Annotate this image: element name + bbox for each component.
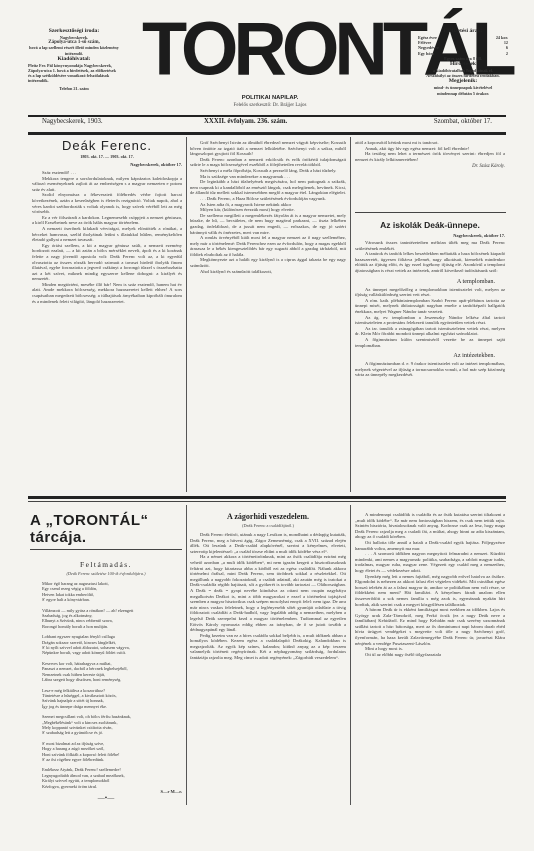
- poem-stanza: Villámzott — mily gyász a rónákon! — ah!…: [42, 608, 182, 630]
- newspaper-logo: TORONTÁL: [142, 7, 394, 91]
- publisher-heading: Kiadóhivatal:: [28, 56, 120, 63]
- dateline-top-rule: [28, 115, 506, 117]
- place-year: Nagybecskerek, 1903.: [42, 118, 103, 125]
- subscription-box: Előfizetési árak: Egész évre24 kor. Félé…: [418, 28, 508, 96]
- column-divider: [186, 137, 187, 492]
- article-title: A zágorhidi veszedelem.: [190, 512, 346, 521]
- poem-stanza: Szemei megcsillant volt, oh bölcs férfiu…: [42, 714, 182, 736]
- feuilleton-column: A „TORONTÁL“ tárcája. Feltámadás. (Deák …: [30, 512, 182, 802]
- feuilleton-divider: [28, 496, 506, 499]
- poem-title: Feltámadás.: [30, 560, 182, 569]
- appears-line: mindennap délután 5 órakor.: [418, 91, 508, 96]
- feuilleton-header: A „TORONTÁL“ tárcája.: [30, 512, 182, 546]
- feuilleton-divider-thin: [28, 501, 506, 502]
- dateline: Nagybecskerek, 1903. XXXII. évfolyam. 23…: [28, 118, 506, 130]
- feuilleton-header-rule: [30, 549, 182, 550]
- poem-stanza: Lobbant egyszer nyugtalan fénylő csillag…: [42, 634, 182, 656]
- article-zagorhidi-column-1: A zágorhidi veszedelem. (Deák Ferenc a c…: [190, 512, 346, 780]
- article-place-date: Nagybecskerek, október 17.: [355, 233, 505, 238]
- article-separator: [355, 212, 506, 213]
- column-divider: [350, 505, 351, 805]
- dateline-bottom-rule: [28, 132, 506, 135]
- column-divider: [350, 137, 351, 492]
- article-place-date: Nagybecskerek, október 17.: [32, 162, 182, 167]
- article-zagorhidi-column-2: A mindennapi családfák is családfa és az…: [355, 512, 505, 776]
- article-deak-column-2: Gróf Széchenyi István az álmából ébredez…: [190, 140, 346, 274]
- article-deak-column-3: attól a koporsótól kérünk most mi is tan…: [355, 140, 505, 169]
- issue-date: Szombat, október 17.: [434, 118, 492, 125]
- article-body: Száz esztendő! . . . Mekkora tengere a s…: [32, 170, 182, 304]
- poem-body: Mikor égő harang az augusztusi lakott,Eg…: [30, 581, 182, 789]
- editorial-office-heading: Szerkesztőségi iroda:: [28, 28, 120, 35]
- article-deak-column-1: Deák Ferenc. 1803. okt. 17. — 1903. okt.…: [32, 138, 182, 304]
- poem-subtitle: (Deák Ferenc születése 100-ik évfordulój…: [30, 571, 182, 576]
- office-line: hová a lap szellemi részét illető minden…: [28, 45, 120, 55]
- publisher-line: Pleitz Fer. Pál könyvnyomdája Nagybecske…: [28, 63, 120, 84]
- article-title: Az iskolák Deák-ünnepe.: [355, 220, 505, 230]
- poem-stanza: Keserves kor volt, hátrahagyva a múltat,…: [42, 661, 182, 683]
- article-dates: 1803. okt. 17. — 1903. okt. 17.: [32, 154, 182, 159]
- column-divider: [186, 505, 187, 805]
- poem-stanza: Lesz-e még felkiáltva a koszorúhoz?Tünte…: [42, 688, 182, 710]
- newspaper-subtitle: POLITIKAI NAPILAP.: [175, 95, 365, 101]
- poem-stanza: S' most bizalmat ad az ifjúság szíve,Hog…: [42, 741, 182, 763]
- appears-heading: Megjelenik:: [418, 78, 508, 85]
- end-ornament: —•—: [30, 794, 182, 802]
- poem-stanza: Mikor égő harang az augusztusi lakott,Eg…: [42, 581, 182, 603]
- section-heading-institutes: Az intézetekben.: [355, 352, 505, 359]
- poem-stanza: Emlékezz Atyánk, Deák Ferenc! szellemedr…: [42, 767, 182, 789]
- article-body: Deák Ferenc életírói, utánuk a nagy Lexi…: [190, 532, 346, 780]
- article-signature: Dr. Szász Károly.: [355, 164, 505, 169]
- article-body: Városunk összes tanintézeteiben méltóan …: [355, 240, 505, 274]
- editorial-office-box: Szerkesztőségi iroda: Nagybecskerek. Záp…: [28, 28, 120, 91]
- phone-number: Telefon 21. szám: [28, 86, 120, 91]
- church-body: Az ünnepet megelőzőleg a templomokban is…: [355, 287, 505, 349]
- price-heading: Előfizetési árak:: [418, 28, 508, 35]
- ads-heading: Hirdetések: [418, 61, 508, 68]
- article-schools: Az iskolák Deák-ünnepe. Nagybecskerek, o…: [355, 220, 505, 378]
- institutes-body: A főgimnáziumban d. e. 9 órakor istentis…: [355, 361, 505, 378]
- article-title: Deák Ferenc.: [32, 138, 182, 153]
- section-heading-church: A templomban.: [355, 278, 505, 285]
- responsible-editor: Felelős szerkesztő: Dr. Brájjer Lajos: [175, 103, 365, 108]
- volume-issue: XXXII. évfolyam. 236. szám.: [204, 118, 287, 125]
- article-subtitle: (Deák Ferenc a családfájáról.): [190, 523, 346, 528]
